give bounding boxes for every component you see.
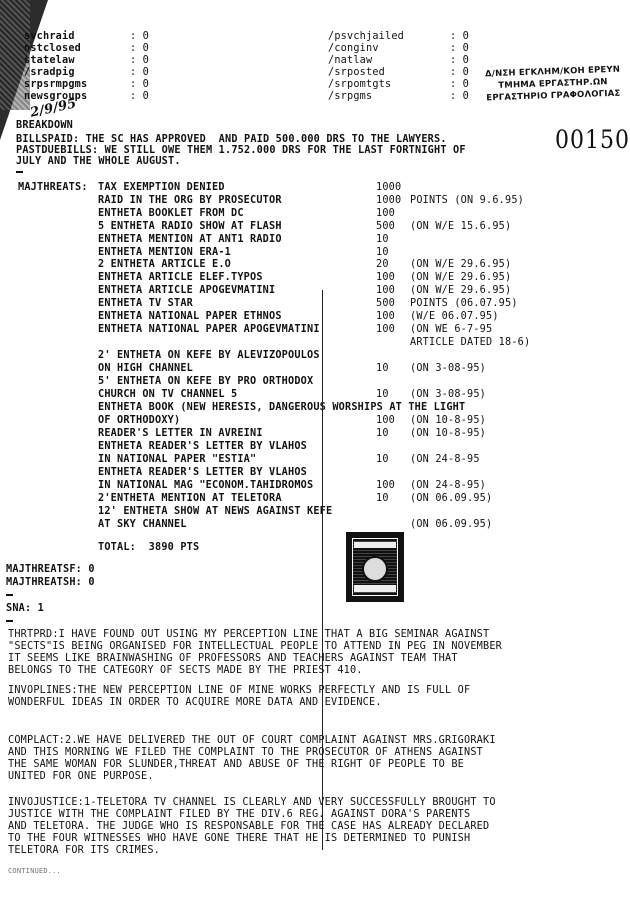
threat-points: 10 [376, 428, 389, 439]
threat-note: POINTS (06.07.95) [410, 298, 518, 309]
counter-name: statelaw [24, 55, 75, 66]
counter-value: : 0 [450, 43, 469, 54]
paragraph-line: WONDERFUL IDEAS IN ORDER TO ACQUIRE MORE… [8, 697, 382, 708]
threat-note: (ON W/E 29.6.95) [410, 285, 511, 296]
counter-name: /srposted [328, 67, 385, 78]
threat-points: 10 [376, 493, 389, 504]
counter-value: : 0 [130, 43, 149, 54]
total-line: TOTAL: 3890 PTS [98, 542, 199, 553]
threat-note: (ON 24-8-95) [410, 480, 486, 491]
counter-value: : 0 [450, 67, 469, 78]
threat-item: AT SKY CHANNEL [98, 519, 187, 530]
threat-item: 2'ENTHETA MENTION AT TELETORA [98, 493, 282, 504]
threat-points: 100 [376, 480, 395, 491]
threat-item: ENTHETA BOOK (NEW HERESIS, DANGEROUS WOR… [98, 402, 465, 413]
threat-points: 1000 [376, 182, 401, 193]
threat-points: 10 [376, 234, 389, 245]
counter-value: : 0 [450, 55, 469, 66]
counter-name: /psvchjailed [328, 31, 404, 42]
threat-points: 500 [376, 298, 395, 309]
threat-item: IN NATIONAL MAG "ECONOM.TAHIDROMOS [98, 480, 313, 491]
threat-item: 2' ENTHETA ON KEFE BY ALEVIZOPOULOS [98, 350, 320, 361]
document-number: 001501 [555, 126, 630, 155]
billspaid-line: BILLSPAID: THE SC HAS APPROVED AND PAID … [16, 134, 447, 145]
threat-item: OF ORTHODOXY) [98, 415, 180, 426]
scanned-document-page: svchraid: 0nstclosed: 0statelaw: 0/sradp… [0, 0, 630, 903]
threat-item: 5 ENTHETA RADIO SHOW AT FLASH [98, 221, 282, 232]
paragraph-line: INVOPLINES:THE NEW PERCEPTION LINE OF MI… [8, 685, 470, 696]
threat-points: 10 [376, 389, 389, 400]
paragraph-line: AND THIS MORNING WE FILED THE COMPLAINT … [8, 747, 483, 758]
trailing-fragment: CONTINUED... [8, 866, 61, 877]
threat-points: 10 [376, 247, 389, 258]
threat-points: 10 [376, 363, 389, 374]
threat-points: 100 [376, 324, 395, 335]
threat-item: READER'S LETTER IN AVREINI [98, 428, 263, 439]
counter-value: : 0 [130, 79, 149, 90]
paragraph-line: TO THE FOUR WITNESSES WHO HAVE GONE THER… [8, 833, 470, 844]
separator-dash [16, 171, 23, 173]
threat-item: RAID IN THE ORG BY PROSECUTOR [98, 195, 282, 206]
paragraph-line: TELETORA FOR ITS CRIMES. [8, 845, 160, 856]
threat-note: (ON 3-08-95) [410, 389, 486, 400]
paragraph-line: "SECTS"IS BEING ORGANISED FOR INTELLECTU… [8, 641, 502, 652]
paragraph-line: JUSTICE WITH THE COMPLAINT FILED BY THE … [8, 809, 470, 820]
threat-note: (ON W/E 15.6.95) [410, 221, 511, 232]
threat-note: (ON 10-8-95) [410, 415, 486, 426]
threat-item: ENTHETA READER'S LETTER BY VLAHOS [98, 441, 307, 452]
threat-points: 10 [376, 454, 389, 465]
majthreatsh-line: MAJTHREATSH: 0 [6, 577, 95, 588]
sna-line: SNA: 1 [6, 603, 44, 614]
majthreats-label: MAJTHREATS: [18, 182, 88, 193]
threat-item: ON HIGH CHANNEL [98, 363, 193, 374]
threat-note: (ON 06.09.95) [410, 493, 492, 504]
paragraph-line: UNITED FOR ONE PURPOSE. [8, 771, 154, 782]
threat-note: (ON 06.09.95) [410, 519, 492, 530]
paragraph-line: AND TELETORA. THE JUDGE WHO IS RESPONSAB… [8, 821, 489, 832]
threat-note: (ON 24-8-95 [410, 454, 480, 465]
counter-name: nstclosed [24, 43, 81, 54]
threat-points: 100 [376, 208, 395, 219]
threat-note: (ON W/E 29.6.95) [410, 272, 511, 283]
threat-item: 2 ENTHETA ARTICLE E.O [98, 259, 231, 270]
pastduebills-line: JULY AND THE WHOLE AUGUST. [16, 156, 181, 167]
paragraph-line: BELONGS TO THE CATEGORY OF SECTS MADE BY… [8, 665, 363, 676]
threat-item: 12' ENTHETA SHOW AT NEWS AGAINST KEFE [98, 506, 332, 517]
counter-name: /natlaw [328, 55, 372, 66]
counter-name: /sradpig [24, 67, 75, 78]
counter-value: : 0 [450, 91, 469, 102]
threat-item: TAX EXEMPTION DENIED [98, 182, 225, 193]
threat-note: (ON 10-8-95) [410, 428, 486, 439]
paragraph-line: THRTPRD:I HAVE FOUND OUT USING MY PERCEP… [8, 629, 489, 640]
threat-points: 100 [376, 415, 395, 426]
separator-dash [6, 620, 13, 622]
counter-name: /srpomtgts [328, 79, 391, 90]
paragraph-line: COMPLACT:2.WE HAVE DELIVERED THE OUT OF … [8, 735, 496, 746]
threat-points: 100 [376, 311, 395, 322]
threat-item: ENTHETA MENTION AT ANT1 RADIO [98, 234, 282, 245]
breakdown-heading: BREAKDOWN [16, 120, 73, 131]
revenue-stamp-seal [346, 532, 404, 602]
pastduebills-line: PASTDUEBILLS: WE STILL OWE THEM 1.752.00… [16, 145, 466, 156]
counter-name: srpsrmpgms [24, 79, 87, 90]
threat-note: POINTS (ON 9.6.95) [410, 195, 524, 206]
majthreatsf-line: MAJTHREATSF: 0 [6, 564, 95, 575]
counter-name: /srpgms [328, 91, 372, 102]
department-stamp: Δ/ΝΣΗ ΕΓΚΛΗΜ/ΚΟΗ ΕΡΕΥΝ ΤΜΗΜΑ ΕΡΓΑΣΤΗΡ.ΩΝ… [477, 63, 628, 104]
threat-item: ENTHETA NATIONAL PAPER APOGEVMATINI [98, 324, 320, 335]
threat-item: ENTHETA TV STAR [98, 298, 193, 309]
threat-points: 1000 [376, 195, 401, 206]
threat-note: (W/E 06.07.95) [410, 311, 499, 322]
paragraph-line: THE SAME WOMAN FOR SLUNDER,THREAT AND AB… [8, 759, 464, 770]
paragraph-line: IT SEEMS LIKE BRAINWASHING OF PROFESSORS… [8, 653, 458, 664]
threat-note: (ON WE 6-7-95 [410, 324, 492, 335]
paragraph-line: INVOJUSTICE:1-TELETORA TV CHANNEL IS CLE… [8, 797, 496, 808]
counter-value: : 0 [130, 67, 149, 78]
counter-value: : 0 [450, 79, 469, 90]
threat-item: ENTHETA NATIONAL PAPER ETHNOS [98, 311, 282, 322]
counter-value: : 0 [450, 31, 469, 42]
counter-value: : 0 [130, 31, 149, 42]
threat-item: ENTHETA ARTICLE APOGEVMATINI [98, 285, 275, 296]
counter-name: svchraid [24, 31, 75, 42]
threat-item: 5' ENTHETA ON KEFE BY PRO ORTHODOX [98, 376, 313, 387]
separator-dash [6, 594, 13, 596]
threat-item: ENTHETA ARTICLE ELEF.TYPOS [98, 272, 263, 283]
threat-note: ARTICLE DATED 18-6) [410, 337, 530, 348]
threat-item: ENTHETA READER'S LETTER BY VLAHOS [98, 467, 307, 478]
threat-item: ENTHETA BOOKLET FROM DC [98, 208, 244, 219]
counter-value: : 0 [130, 91, 149, 102]
threat-note: (ON 3-08-95) [410, 363, 486, 374]
threat-points: 500 [376, 221, 395, 232]
threat-note: (ON W/E 29.6.95) [410, 259, 511, 270]
threat-points: 100 [376, 285, 395, 296]
threat-points: 100 [376, 272, 395, 283]
threat-item: IN NATIONAL PAPER "ESTIA" [98, 454, 256, 465]
threat-item: ENTHETA MENTION ERA-1 [98, 247, 231, 258]
threat-item: CHURCH ON TV CHANNEL 5 [98, 389, 237, 400]
counter-value: : 0 [130, 55, 149, 66]
counter-name: /conginv [328, 43, 379, 54]
threat-points: 20 [376, 259, 389, 270]
